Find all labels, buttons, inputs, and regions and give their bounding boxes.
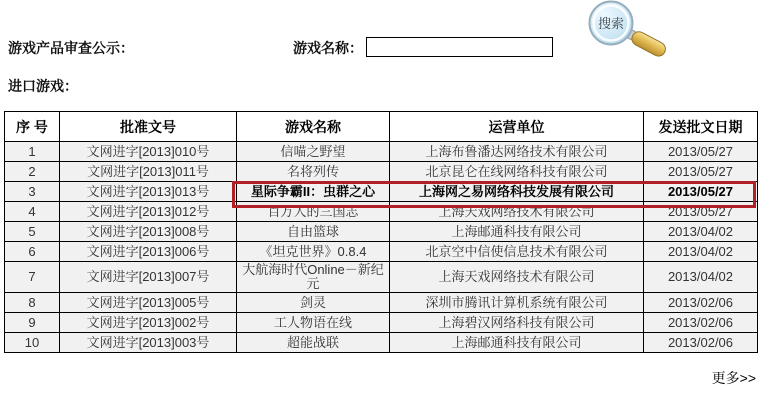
cell-game: 百万人的三国志 <box>237 202 390 222</box>
col-header-date: 发送批文日期 <box>644 112 758 142</box>
cell-approval: 文网进字[2013]010号 <box>60 142 237 162</box>
cell-operator: 北京昆仑在线网络科技有限公司 <box>390 162 644 182</box>
cell-no: 9 <box>5 313 60 333</box>
cell-no: 1 <box>5 142 60 162</box>
magnifier-icon: 搜索 <box>583 0 683 60</box>
table-row: 5文网进字[2013]008号自由篮球上海邮通科技有限公司2013/04/02 <box>5 222 758 242</box>
games-table: 序 号 批准文号 游戏名称 运营单位 发送批文日期 1文网进字[2013]010… <box>4 111 758 353</box>
col-header-no: 序 号 <box>5 112 60 142</box>
cell-no: 2 <box>5 162 60 182</box>
cell-no: 8 <box>5 293 60 313</box>
games-table-wrap: 序 号 批准文号 游戏名称 运营单位 发送批文日期 1文网进字[2013]010… <box>4 111 757 353</box>
game-review-page: 游戏产品审查公示： 游戏名称： <box>0 0 762 395</box>
cell-date: 2013/04/02 <box>644 222 758 242</box>
cell-date: 2013/04/02 <box>644 242 758 262</box>
table-row: 2文网进字[2013]011号名将列传北京昆仑在线网络科技有限公司2013/05… <box>5 162 758 182</box>
page-title: 游戏产品审查公示： <box>8 38 134 58</box>
table-row: 6文网进字[2013]006号《坦克世界》0.8.4北京空中信使信息技术有限公司… <box>5 242 758 262</box>
cell-date: 2013/05/27 <box>644 162 758 182</box>
cell-operator: 上海碧汉网络科技有限公司 <box>390 313 644 333</box>
search-button[interactable]: 搜索 <box>583 0 683 60</box>
col-header-approval: 批准文号 <box>60 112 237 142</box>
cell-approval: 文网进字[2013]011号 <box>60 162 237 182</box>
cell-operator: 上海邮通科技有限公司 <box>390 333 644 353</box>
table-row: 3文网进字[2013]013号星际争霸II：虫群之心上海网之易网络科技发展有限公… <box>5 182 758 202</box>
cell-game: 超能战联 <box>237 333 390 353</box>
table-header-row: 序 号 批准文号 游戏名称 运营单位 发送批文日期 <box>5 112 758 142</box>
cell-date: 2013/05/27 <box>644 202 758 222</box>
cell-operator: 上海布鲁潘达网络技术有限公司 <box>390 142 644 162</box>
cell-game: 工人物语在线 <box>237 313 390 333</box>
col-header-game: 游戏名称 <box>237 112 390 142</box>
cell-game: 自由篮球 <box>237 222 390 242</box>
cell-no: 10 <box>5 333 60 353</box>
cell-no: 7 <box>5 262 60 293</box>
cell-approval: 文网进字[2013]012号 <box>60 202 237 222</box>
cell-game: 名将列传 <box>237 162 390 182</box>
cell-game: 信喵之野望 <box>237 142 390 162</box>
cell-approval: 文网进字[2013]002号 <box>60 313 237 333</box>
games-table-body: 1文网进字[2013]010号信喵之野望上海布鲁潘达网络技术有限公司2013/0… <box>5 142 758 353</box>
cell-game: 大航海时代Online－新纪元 <box>237 262 390 293</box>
cell-no: 6 <box>5 242 60 262</box>
table-row: 7文网进字[2013]007号大航海时代Online－新纪元上海天戏网络技术有限… <box>5 262 758 293</box>
cell-no: 3 <box>5 182 60 202</box>
cell-operator: 上海邮通科技有限公司 <box>390 222 644 242</box>
cell-date: 2013/02/06 <box>644 293 758 313</box>
cell-operator: 北京空中信使信息技术有限公司 <box>390 242 644 262</box>
cell-date: 2013/02/06 <box>644 333 758 353</box>
cell-date: 2013/05/27 <box>644 182 758 202</box>
table-row: 10文网进字[2013]003号超能战联上海邮通科技有限公司2013/02/06 <box>5 333 758 353</box>
cell-approval: 文网进字[2013]008号 <box>60 222 237 242</box>
cell-operator: 上海天戏网络技术有限公司 <box>390 202 644 222</box>
cell-operator: 深圳市腾讯计算机系统有限公司 <box>390 293 644 313</box>
section-title: 进口游戏： <box>8 76 78 96</box>
col-header-operator: 运营单位 <box>390 112 644 142</box>
cell-approval: 文网进字[2013]007号 <box>60 262 237 293</box>
table-row: 1文网进字[2013]010号信喵之野望上海布鲁潘达网络技术有限公司2013/0… <box>5 142 758 162</box>
cell-game: 《坦克世界》0.8.4 <box>237 242 390 262</box>
search-icon-label: 搜索 <box>598 16 624 31</box>
cell-no: 4 <box>5 202 60 222</box>
cell-date: 2013/04/02 <box>644 262 758 293</box>
table-row: 4文网进字[2013]012号百万人的三国志上海天戏网络技术有限公司2013/0… <box>5 202 758 222</box>
cell-date: 2013/02/06 <box>644 313 758 333</box>
cell-game: 剑灵 <box>237 293 390 313</box>
table-row: 8文网进字[2013]005号剑灵深圳市腾讯计算机系统有限公司2013/02/0… <box>5 293 758 313</box>
cell-operator: 上海天戏网络技术有限公司 <box>390 262 644 293</box>
game-name-input[interactable] <box>366 37 553 57</box>
game-name-label: 游戏名称： <box>293 38 363 58</box>
cell-operator: 上海网之易网络科技发展有限公司 <box>390 182 644 202</box>
cell-approval: 文网进字[2013]013号 <box>60 182 237 202</box>
cell-game: 星际争霸II：虫群之心 <box>237 182 390 202</box>
more-link[interactable]: 更多>> <box>712 368 756 388</box>
table-row: 9文网进字[2013]002号工人物语在线上海碧汉网络科技有限公司2013/02… <box>5 313 758 333</box>
cell-date: 2013/05/27 <box>644 142 758 162</box>
cell-approval: 文网进字[2013]005号 <box>60 293 237 313</box>
cell-approval: 文网进字[2013]006号 <box>60 242 237 262</box>
cell-no: 5 <box>5 222 60 242</box>
cell-approval: 文网进字[2013]003号 <box>60 333 237 353</box>
